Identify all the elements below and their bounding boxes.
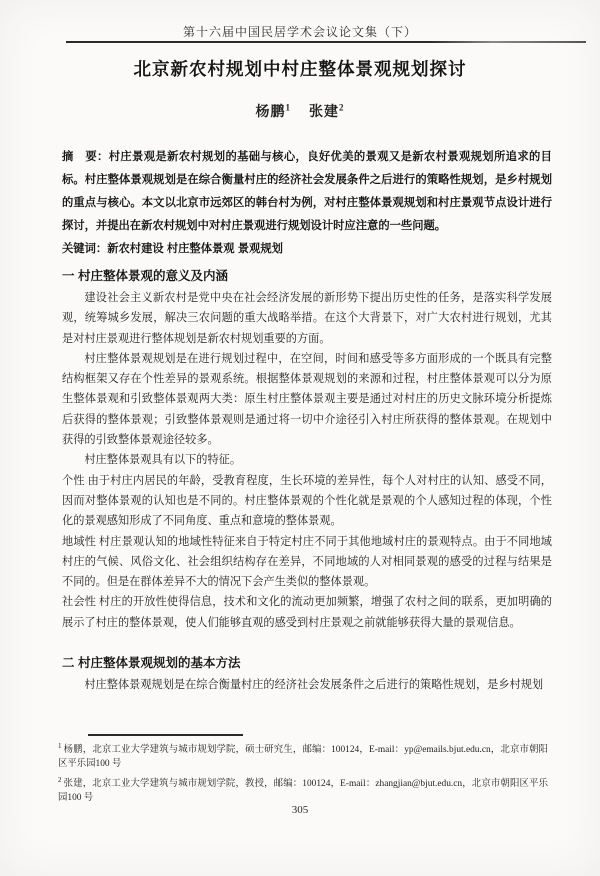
body-text: 一 村庄整体景观的意义及内涵 建设社会主义新农村是党中央在社会经济发展的新形势下… <box>62 266 552 695</box>
section-1-paragraph-6: 社会性 村庄的开放性使得信息，技术和文化的流动更加频繁，增强了农村之间的联系，更… <box>62 592 552 633</box>
paper-title: 北京新农村规划中村庄整体景观规划探讨 <box>0 56 600 81</box>
author-2: 张建2 <box>309 105 345 120</box>
footnote-separator <box>88 734 243 736</box>
footnotes: 1杨鹏，北京工业大学建筑与城市规划学院，硕士研究生，邮编：100124，E-ma… <box>58 734 548 807</box>
section-1-paragraph-2: 村庄整体景观规划是在进行规划过程中，在空间，时间和感受等多方面形成的一个既具有完… <box>62 349 552 450</box>
abstract-block: 摘 要：村庄景观是新农村规划的基础与核心，良好优美的景观又是新农村景观规划所追求… <box>62 146 552 261</box>
abstract-label: 摘 要： <box>62 151 109 163</box>
footnote-2-marker: 2 <box>58 776 62 784</box>
section-1-paragraph-1: 建设社会主义新农村是党中央在社会经济发展的新形势下提出历史性的任务，是落实科学发… <box>62 288 552 349</box>
abstract: 摘 要：村庄景观是新农村规划的基础与核心，良好优美的景观又是新农村景观规划所追求… <box>62 146 552 238</box>
abstract-text: 村庄景观是新农村规划的基础与核心，良好优美的景观又是新农村景观规划所追求的目标。… <box>62 151 552 232</box>
footnote-1-marker: 1 <box>58 742 62 750</box>
footnote-2-text: 张建，北京工业大学建筑与城市规划学院，教授，邮编：100124，E-mail：z… <box>58 779 548 803</box>
author-2-superscript: 2 <box>339 102 345 112</box>
keywords-text: 新农村建设 村庄整体景观 景观规划 <box>107 243 283 255</box>
footnote-1: 1杨鹏，北京工业大学建筑与城市规划学院，硕士研究生，邮编：100124，E-ma… <box>58 740 548 772</box>
author-1-name: 杨鹏 <box>256 105 286 120</box>
keywords: 关键词：新农村建设 村庄整体景观 景观规划 <box>62 238 552 261</box>
section-2-heading: 二 村庄整体景观规划的基本方法 <box>62 653 552 673</box>
page-number: 305 <box>0 804 600 816</box>
author-1: 杨鹏1 <box>256 105 292 120</box>
footnote-1-text: 杨鹏，北京工业大学建筑与城市规划学院，硕士研究生，邮编：100124，E-mai… <box>58 745 548 769</box>
section-1-paragraph-4: 个性 由于村庄内居民的年龄，受教育程度，生长环境的差异性，每个人对村庄的认知、感… <box>62 471 552 532</box>
section-1-paragraph-5: 地域性 村庄景观认知的地域性特征来自于特定村庄不同于其他地域村庄的景观特点。由于… <box>62 532 552 593</box>
section-2-paragraph-1: 村庄整体景观规划是在综合衡量村庄的经济社会发展条件之后进行的策略性规划，是乡村规… <box>62 675 552 695</box>
author-2-name: 张建 <box>309 105 339 120</box>
footnote-2: 2张建，北京工业大学建筑与城市规划学院，教授，邮编：100124，E-mail：… <box>58 774 548 806</box>
section-1-heading: 一 村庄整体景观的意义及内涵 <box>62 266 552 286</box>
keywords-label: 关键词： <box>62 243 107 255</box>
authors-line: 杨鹏1张建2 <box>0 101 600 121</box>
paper-page: 第十六届中国民居学术会议论文集（下） 北京新农村规划中村庄整体景观规划探讨 杨鹏… <box>0 0 600 876</box>
header-rule <box>66 41 586 43</box>
section-1-paragraph-3: 村庄整体景观具有以下的特征。 <box>62 450 552 470</box>
author-1-superscript: 1 <box>286 102 292 112</box>
running-header: 第十六届中国民居学术会议论文集（下） <box>0 23 600 40</box>
